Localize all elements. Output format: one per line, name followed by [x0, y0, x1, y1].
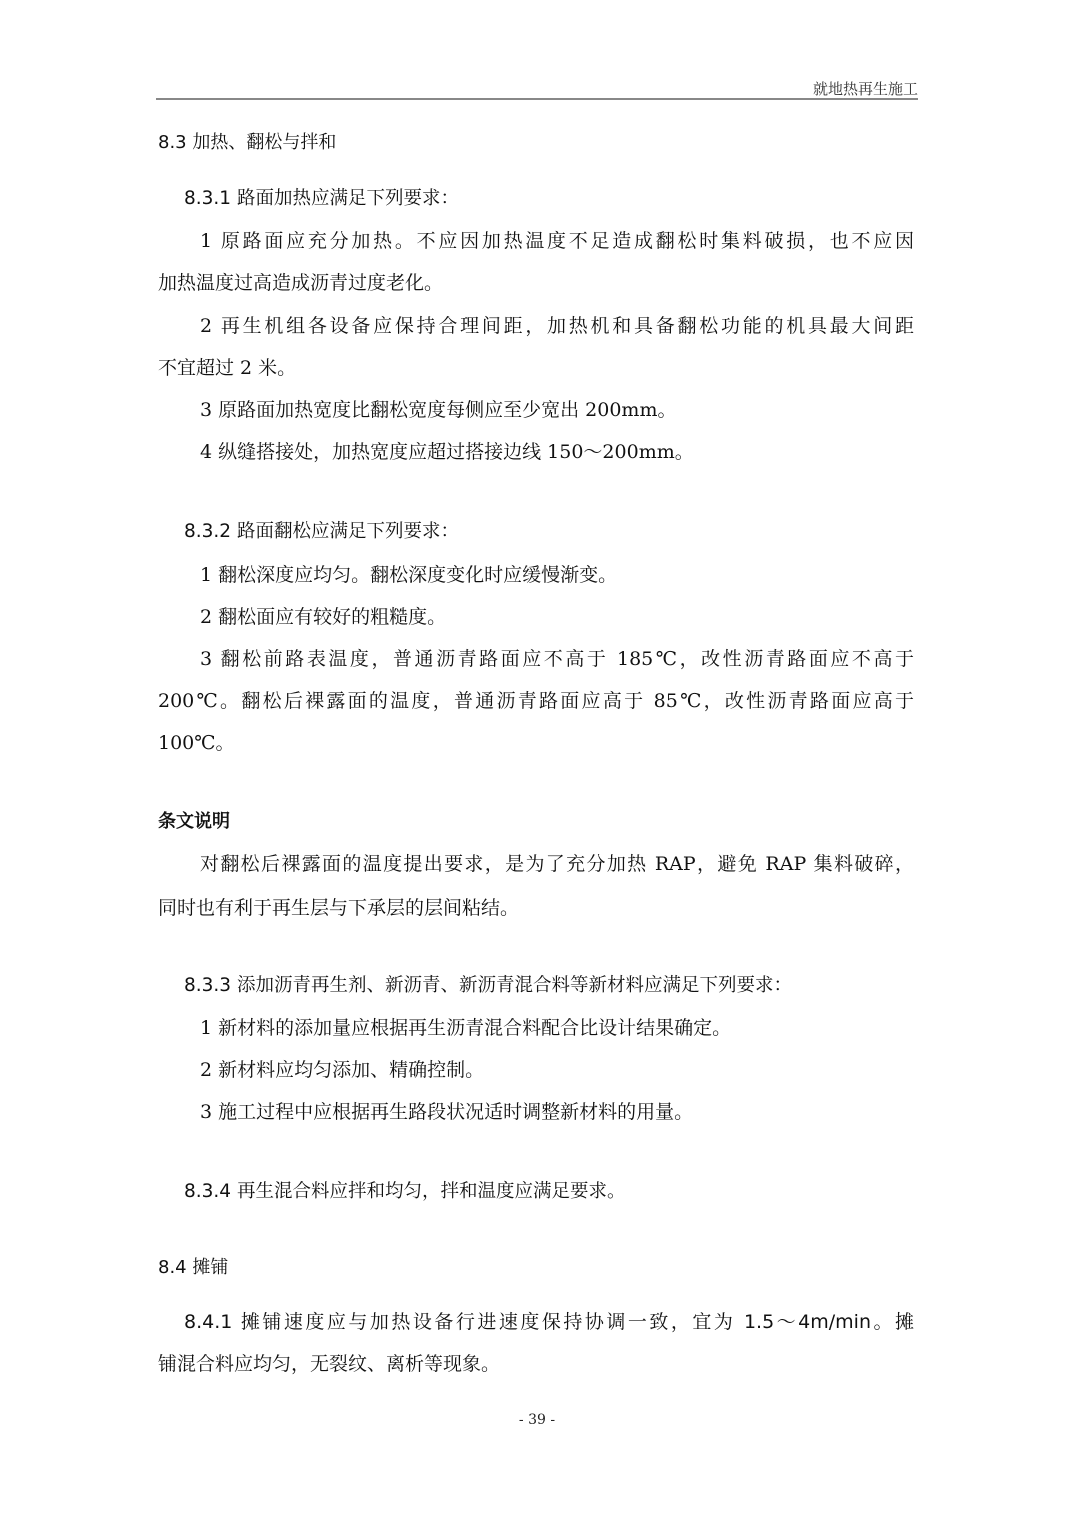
clause-8-3-2-item-2: 2 翻松面应有较好的粗糙度。	[200, 605, 446, 629]
clause-8-3-4: 8.3.4 再生混合料应拌和均匀，拌和温度应满足要求。	[184, 1180, 625, 1204]
page-number: - 39 -	[0, 1412, 1074, 1428]
commentary-line-2: 同时也有利于再生层与下承层的层间粘结。	[158, 896, 519, 920]
clause-8-3-1-item-1-line-1: 1 原路面应充分加热。不应因加热温度不足造成翻松时集料破损，也不应因	[200, 229, 914, 253]
commentary-title: 条文说明	[158, 810, 230, 834]
clause-8-4-1-line-1: 8.4.1 摊铺速度应与加热设备行进速度保持协调一致，宜为 1.5～4m/min…	[184, 1310, 914, 1334]
clause-8-3-1-heading: 8.3.1 路面加热应满足下列要求：	[184, 187, 459, 211]
header-rule	[156, 98, 918, 100]
clause-8-3-2-heading: 8.3.2 路面翻松应满足下列要求：	[184, 520, 459, 544]
clause-8-3-2-item-3-line-1: 3 翻松前路表温度，普通沥青路面应不高于 185℃，改性沥青路面应不高于	[200, 647, 914, 671]
section-title-8-3: 8.3 加热、翻松与拌和	[158, 131, 336, 155]
clause-8-3-2-item-3-line-3: 100℃。	[158, 731, 235, 755]
clause-8-3-3-item-1: 1 新材料的添加量应根据再生沥青混合料配合比设计结果确定。	[200, 1016, 731, 1040]
clause-8-4-1-line-2: 铺混合料应均匀，无裂纹、离析等现象。	[158, 1352, 500, 1376]
clause-8-3-1-item-2-line-2: 不宜超过 2 米。	[158, 356, 296, 380]
running-header: 就地热再生施工	[813, 78, 918, 99]
clause-8-3-1-item-3: 3 原路面加热宽度比翻松宽度每侧应至少宽出 200mm。	[200, 398, 676, 422]
clause-8-3-2-item-3-line-2: 200℃。翻松后裸露面的温度，普通沥青路面应高于 85℃，改性沥青路面应高于	[158, 689, 914, 713]
clause-8-3-2-item-1: 1 翻松深度应均匀。翻松深度变化时应缓慢渐变。	[200, 563, 617, 587]
commentary-line-1: 对翻松后裸露面的温度提出要求，是为了充分加热 RAP，避免 RAP 集料破碎，	[200, 852, 914, 876]
clause-8-3-1-item-4: 4 纵缝搭接处，加热宽度应超过搭接边线 150～200mm。	[200, 440, 694, 464]
clause-8-3-3-item-3: 3 施工过程中应根据再生路段状况适时调整新材料的用量。	[200, 1100, 693, 1124]
clause-8-3-1-item-2-line-1: 2 再生机组各设备应保持合理间距，加热机和具备翻松功能的机具最大间距	[200, 314, 914, 338]
clause-8-3-1-item-1-line-2: 加热温度过高造成沥青过度老化。	[158, 271, 443, 295]
clause-8-3-3-heading: 8.3.3 添加沥青再生剂、新沥青、新沥青混合料等新材料应满足下列要求：	[184, 974, 792, 998]
clause-8-3-3-item-2: 2 新材料应均匀添加、精确控制。	[200, 1058, 484, 1082]
section-title-8-4: 8.4 摊铺	[158, 1256, 228, 1280]
